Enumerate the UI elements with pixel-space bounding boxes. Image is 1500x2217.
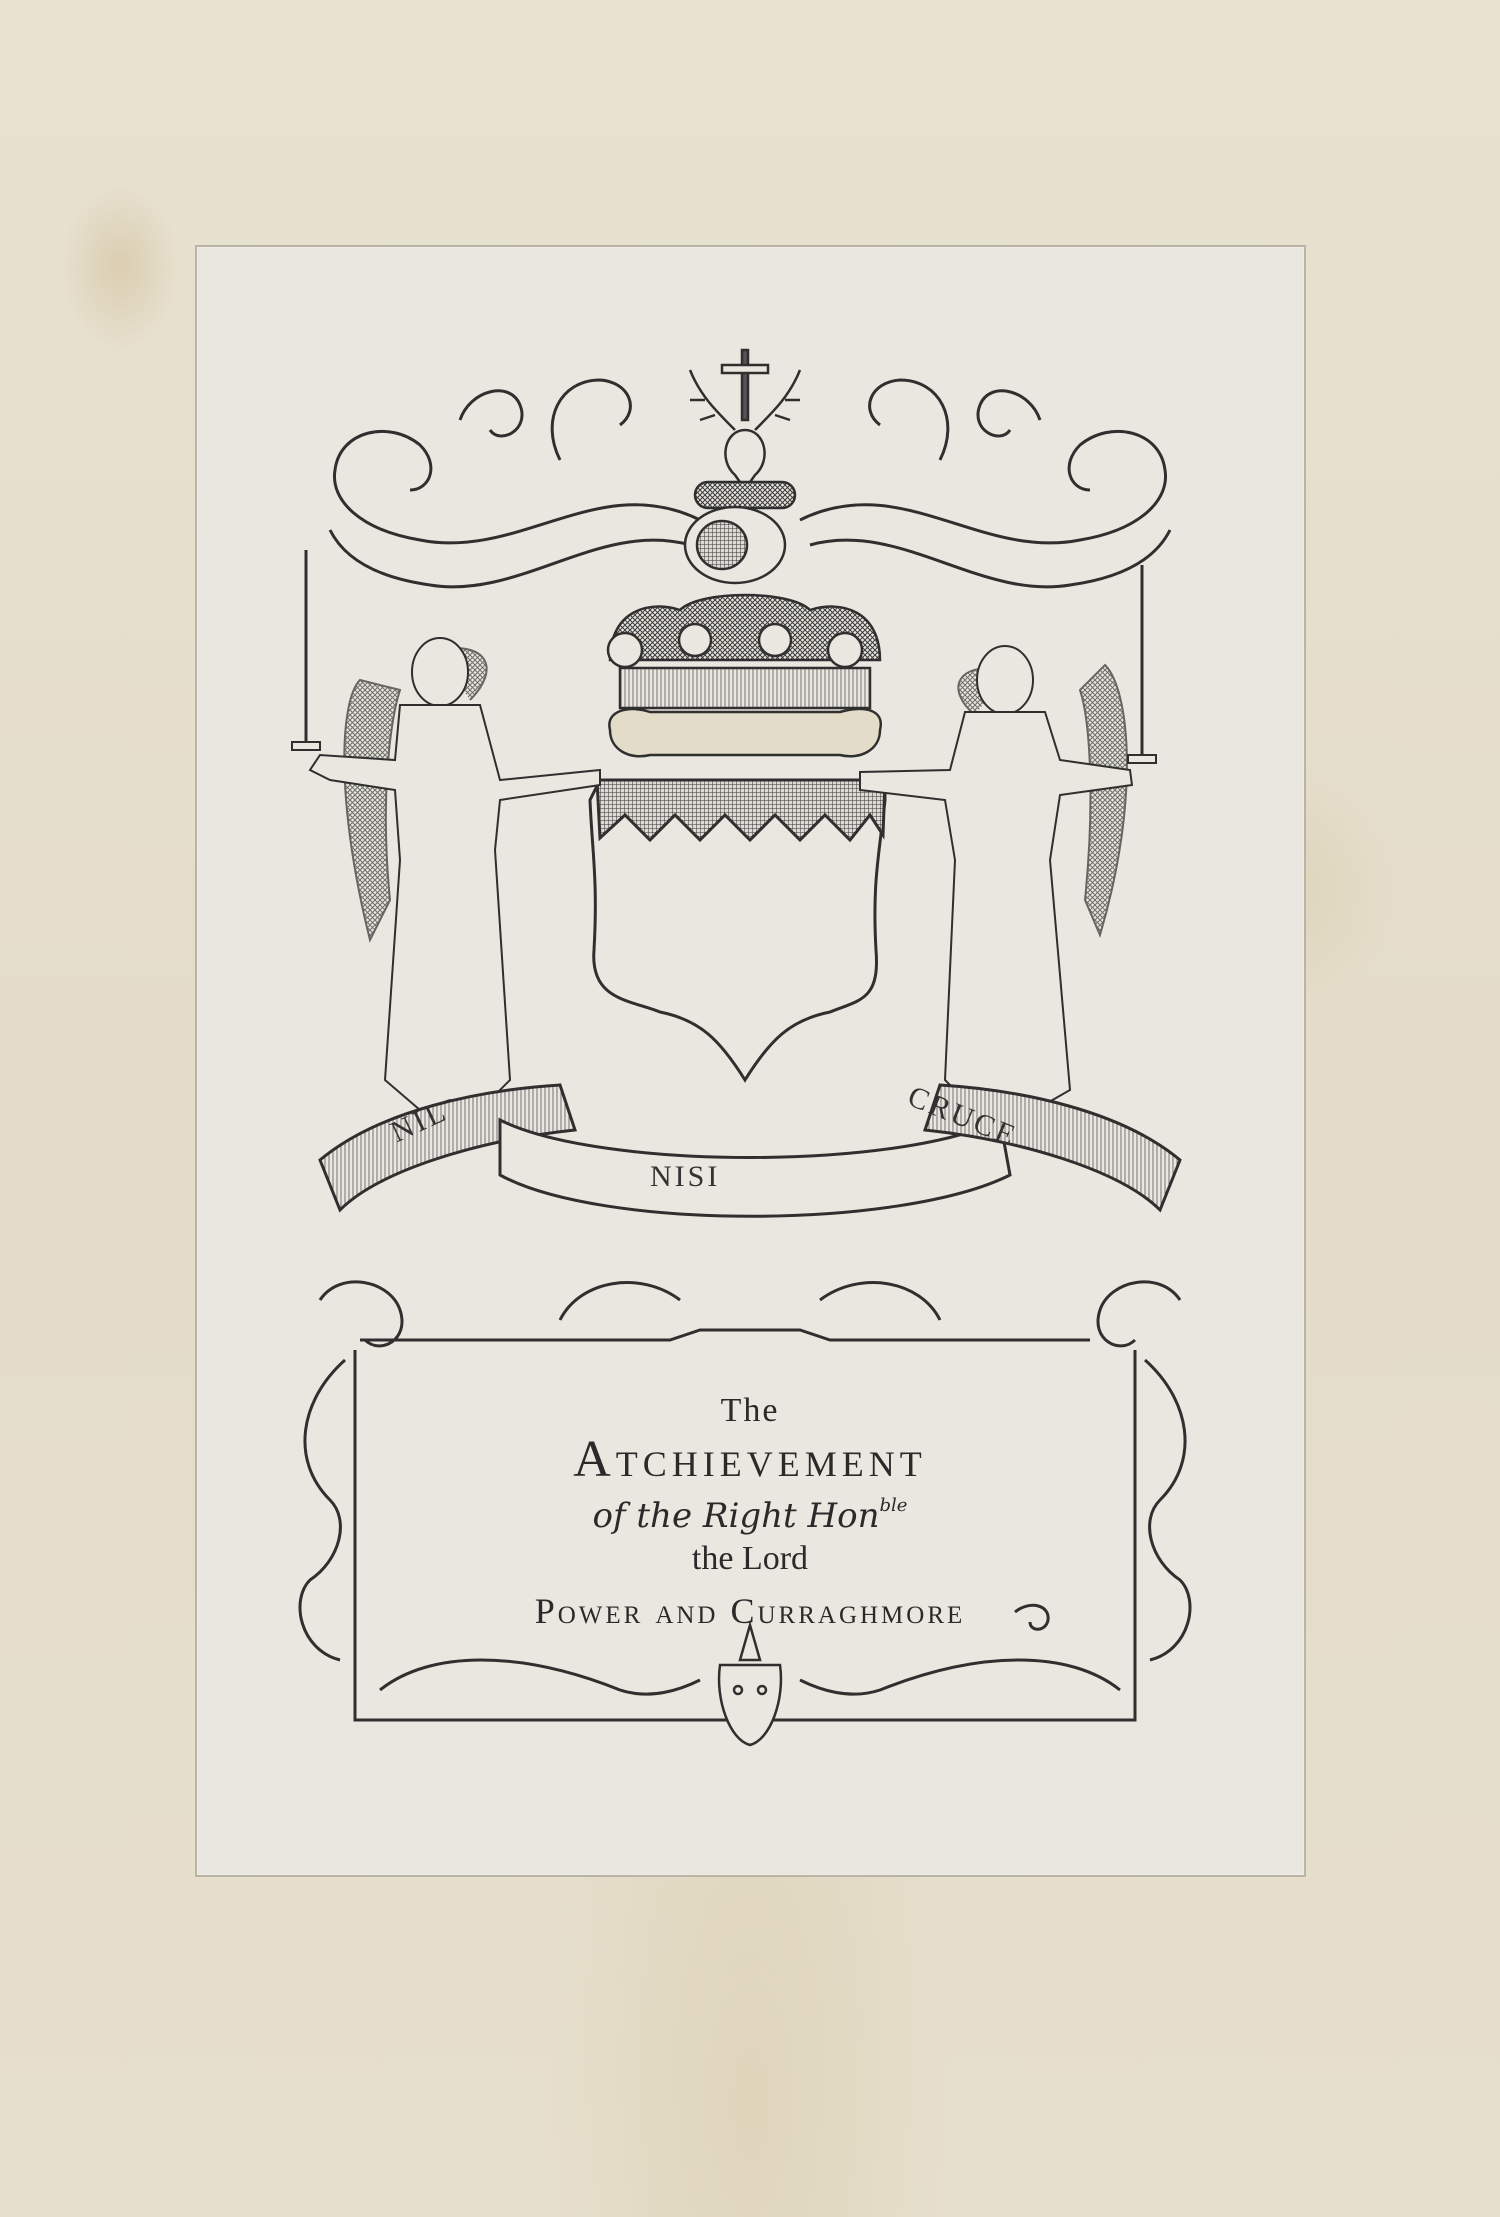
paper-sheet: NIL NISI CRUCE The Atchievement of the R… xyxy=(0,0,1500,2217)
angel-right xyxy=(860,565,1156,1110)
inscription-the: The xyxy=(0,1392,1500,1430)
inscription-the-lord: the Lord xyxy=(0,1540,1500,1578)
shield-icon xyxy=(590,780,885,1080)
coronet-icon xyxy=(608,595,881,756)
helm-icon xyxy=(685,482,795,583)
engraving xyxy=(0,0,1500,2217)
crest-stag-icon xyxy=(690,350,800,485)
inscription-title: Power and Curraghmore xyxy=(0,1590,1500,1632)
angel-left xyxy=(292,550,600,1110)
motto-center: NISI xyxy=(650,1160,720,1194)
inscription-right-main: of the Right Hon xyxy=(593,1496,880,1536)
inscription-atchievement: Atchievement xyxy=(0,1430,1500,1489)
motto-ribbon xyxy=(320,1085,1180,1216)
mask-icon xyxy=(719,1625,781,1745)
inscription-right-honourable: of the Right Honble xyxy=(0,1495,1500,1536)
inscription-right-sup: ble xyxy=(880,1495,908,1516)
